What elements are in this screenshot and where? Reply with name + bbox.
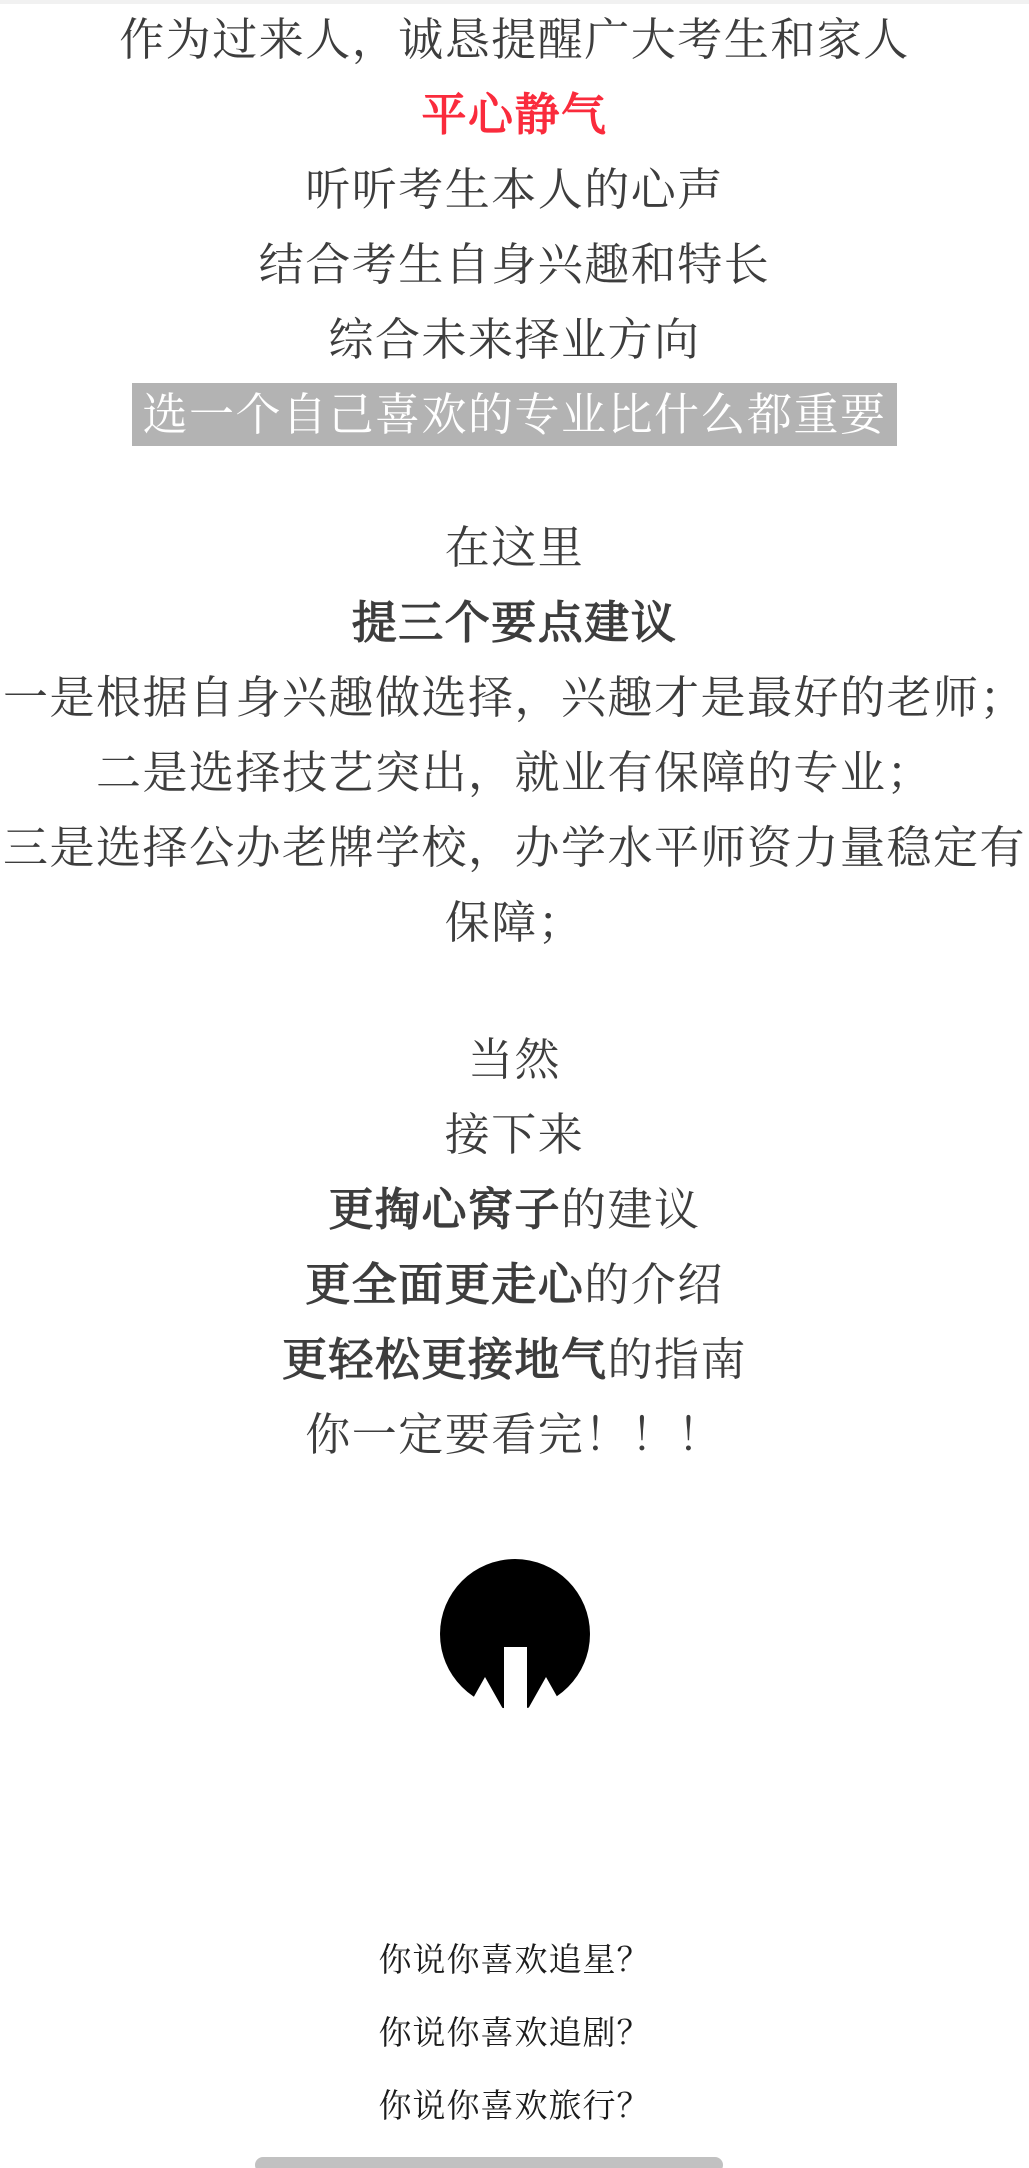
advice-point-2: 二是选择技艺突出，就业有保障的专业； (0, 735, 1029, 810)
intro-line-4: 结合考生自身兴趣和特长 (0, 227, 1029, 302)
highlighted-text: 选一个自己喜欢的专业比什么都重要 (132, 383, 896, 446)
teaser-line-6: 你一定要看完！！！ (0, 1397, 1029, 1472)
advice-heading: 提三个要点建议 (0, 585, 1029, 660)
intro-line-calm-red: 平心静气 (0, 77, 1029, 152)
previous-image-edge (0, 0, 1029, 4)
article-body: 作为过来人，诚恳提醒广大考生和家人 平心静气 听听考生本人的心声 结合考生自身兴… (0, 0, 1029, 2142)
intro-line-5: 综合未来择业方向 (0, 302, 1029, 377)
questions-section: 你说你喜欢追星？ 你说你喜欢追剧？ 你说你喜欢旅行？ (0, 1923, 1029, 2142)
question-line-2: 你说你喜欢追剧？ (0, 1996, 1029, 2069)
section-spacer (0, 1472, 1029, 1559)
teaser-line-4: 更全面更走心的介绍 (0, 1247, 1029, 1322)
intro-highlight-line: 选一个自己喜欢的专业比什么都重要 (0, 377, 1029, 452)
section-spacer (0, 960, 1029, 1022)
advice-lead: 在这里 (0, 510, 1029, 585)
next-image-top-edge (255, 2157, 723, 2168)
advice-point-3: 三是选择公办老牌学校，办学水平师资力量稳定有保障； (0, 810, 1029, 960)
question-line-3: 你说你喜欢旅行？ (0, 2069, 1029, 2142)
advice-point-1: 一是根据自身兴趣做选择，兴趣才是最好的老师； (0, 660, 1029, 735)
black-circle-logo-icon (440, 1559, 590, 1709)
section-spacer (0, 452, 1029, 510)
section-spacer (0, 1709, 1029, 1923)
intro-line-3: 听听考生本人的心声 (0, 152, 1029, 227)
question-line-1: 你说你喜欢追星？ (0, 1923, 1029, 1996)
intro-line-1: 作为过来人，诚恳提醒广大考生和家人 (0, 2, 1029, 77)
teaser-line-1: 当然 (0, 1022, 1029, 1097)
teaser-line-5: 更轻松更接地气的指南 (0, 1322, 1029, 1397)
black-circle-logo-svg (440, 1559, 590, 1709)
teaser-line-3: 更掏心窝子的建议 (0, 1172, 1029, 1247)
teaser-line-2: 接下来 (0, 1097, 1029, 1172)
